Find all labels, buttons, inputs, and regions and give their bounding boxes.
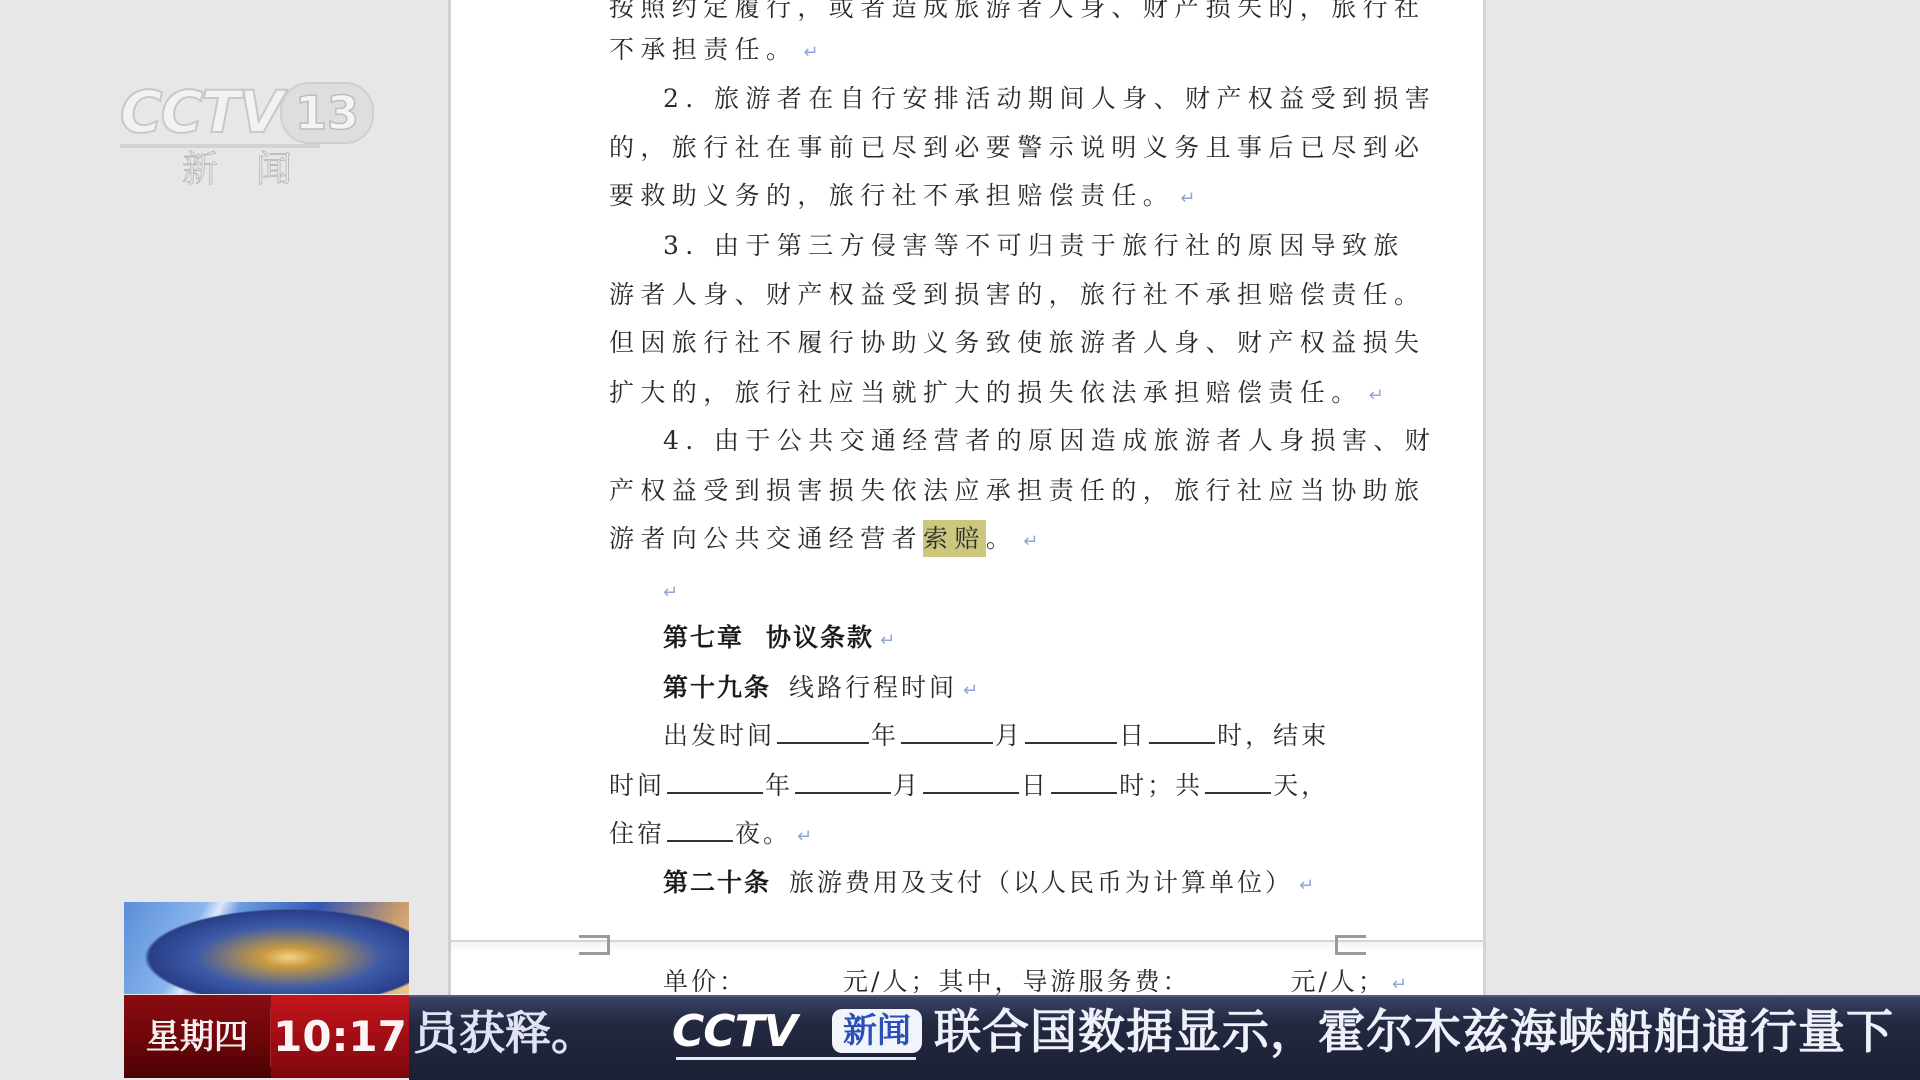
highlighted-text[interactable]: 索赔	[923, 520, 986, 557]
doc-line: 游者人身、财产权益受到损害的，旅行社不承担赔偿责任。	[609, 275, 1369, 315]
article-19-heading: 第十九条线路行程时间↵	[663, 668, 1423, 708]
doc-line: 的，旅行社在事前已尽到必要警示说明义务且事后已尽到必	[609, 128, 1369, 168]
channel-watermark-logo: CCTV 13 新闻	[120, 80, 370, 190]
paragraph-mark-icon: ↵	[663, 582, 678, 603]
weekday-label: 星期四	[124, 1007, 271, 1067]
paragraph-mark-icon: ↵	[1023, 531, 1038, 552]
paragraph-mark-icon: ↵	[1180, 188, 1195, 209]
clock-box: 星期四 10:17	[124, 995, 409, 1078]
channel-name: 新闻	[182, 148, 330, 192]
doc-line: 要救助义务的，旅行社不承担赔偿责任。↵	[609, 176, 1369, 216]
paragraph-mark-icon: ↵	[1392, 974, 1407, 995]
stay-nights-line: 住宿夜。↵	[609, 814, 1369, 854]
chapter-heading: 第七章协议条款↵	[663, 618, 1423, 658]
cctv-mark-icon: CCTV	[672, 1007, 797, 1057]
cctv-logo-text: CCTV	[120, 80, 282, 144]
doc-line: 2. 旅游者在自行安排活动期间人身、财产权益受到损害	[663, 79, 1423, 119]
doc-line: 3. 由于第三方侵害等不可归责于旅行社的原因导致旅	[663, 226, 1423, 266]
doc-line: 产权益受到损害损失依法应承担责任的，旅行社应当协助旅	[609, 471, 1369, 511]
nights-blank[interactable]	[667, 814, 733, 842]
news-opener-thumbnail	[124, 902, 409, 994]
doc-line: 但因旅行社不履行协助义务致使旅游者人身、财产权益损失	[609, 323, 1369, 363]
depart-hour-blank[interactable]	[1149, 716, 1215, 744]
paragraph-mark-icon: ↵	[1369, 385, 1384, 406]
news-ticker: 员获释。 CCTV 新闻 联合国数据显示，霍尔木兹海峡船舶通行量下	[409, 995, 1920, 1080]
article-20-heading: 第二十条旅游费用及支付（以人民币为计算单位）↵	[663, 863, 1423, 903]
end-time-line: 时间年月日时；共天，	[609, 766, 1369, 806]
document-page[interactable]: 按照约定履行，或者造成旅游者人身、财产损失的，旅行社 不承担责任。↵ 2. 旅游…	[448, 0, 1486, 995]
logo-underline	[676, 1057, 916, 1060]
total-days-blank[interactable]	[1205, 766, 1271, 794]
end-month-blank[interactable]	[795, 766, 891, 794]
paragraph-mark-icon: ↵	[880, 630, 895, 651]
end-year-blank[interactable]	[667, 766, 763, 794]
ticker-headline: 联合国数据显示，霍尔木兹海峡船舶通行量下	[934, 1005, 1894, 1061]
doc-line: 不承担责任。↵	[609, 30, 1369, 70]
page-corner-mark-right	[1335, 935, 1366, 955]
paragraph-mark-icon: ↵	[803, 42, 818, 63]
departure-time-line: 出发时间年月日时，结束	[663, 716, 1423, 756]
depart-year-blank[interactable]	[777, 716, 869, 744]
news-badge: 新闻	[832, 1009, 922, 1053]
cctv-news-logo: CCTV 新闻	[672, 1007, 924, 1059]
depart-month-blank[interactable]	[901, 716, 993, 744]
end-hour-blank[interactable]	[1051, 766, 1117, 794]
time-label: 10:17	[271, 995, 409, 1078]
page-corner-mark-left	[579, 935, 610, 955]
empty-paragraph: ↵	[663, 570, 1423, 610]
doc-line: 扩大的，旅行社应当就扩大的损失依法承担赔偿责任。↵	[609, 373, 1369, 413]
paragraph-mark-icon: ↵	[963, 680, 978, 701]
paragraph-mark-icon: ↵	[797, 826, 812, 847]
doc-line: 游者向公共交通经营者索赔。↵	[609, 519, 1369, 559]
doc-line: 4. 由于公共交通经营者的原因造成旅游者人身损害、财	[663, 421, 1423, 461]
doc-line: 按照约定履行，或者造成旅游者人身、财产损失的，旅行社	[609, 0, 1369, 28]
ticker-previous-text: 员获释。	[413, 1005, 597, 1061]
depart-day-blank[interactable]	[1025, 716, 1117, 744]
end-day-blank[interactable]	[923, 766, 1019, 794]
channel-number-badge: 13	[280, 82, 374, 144]
paragraph-mark-icon: ↵	[1299, 875, 1314, 896]
